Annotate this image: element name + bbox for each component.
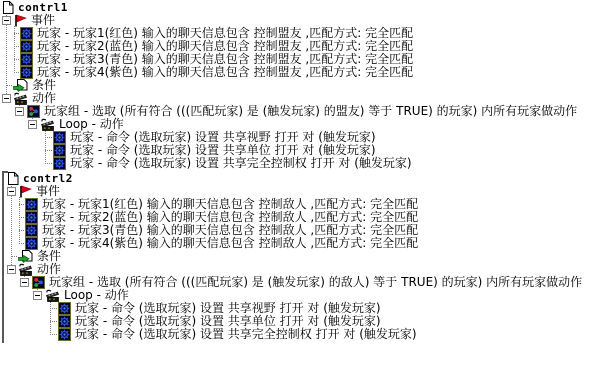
command-gear-icon — [53, 157, 66, 170]
tree-line — [45, 137, 52, 138]
actions-clapper-icon — [18, 263, 33, 276]
loop-clapper-icon — [40, 118, 55, 131]
tree-line — [50, 321, 57, 322]
trigger-page-icon — [7, 172, 19, 185]
tree-rail — [2, 171, 4, 343]
tree-line — [19, 243, 24, 244]
player-group-icon — [32, 276, 45, 289]
tree-line — [19, 230, 24, 231]
tree-line — [14, 46, 19, 47]
tree-line — [19, 204, 24, 205]
event-gear-icon — [20, 27, 33, 40]
tree-line — [50, 308, 57, 309]
events-flag-icon — [13, 14, 27, 27]
command-action-row[interactable]: 玩家 - 命令 (选取玩家) 设置 共享完全控制权 打开 对 (触发玩家) — [53, 157, 412, 170]
collapse-box-actions-1[interactable] — [2, 94, 11, 103]
command-gear-icon — [58, 328, 71, 341]
collapse-box-events-1[interactable] — [2, 16, 11, 25]
tree-line — [19, 217, 24, 218]
trigger-editor-canvas: contrl1 事件 玩家 - 玩家1(红色) 输入的聊天信息包含 控制盟友 ,… — [0, 0, 600, 375]
events-flag-icon — [18, 185, 32, 198]
tree-line — [45, 150, 52, 151]
command-text[interactable]: 玩家 - 命令 (选取玩家) 设置 共享完全控制权 打开 对 (触发玩家) — [70, 157, 412, 170]
event-gear-icon — [20, 53, 33, 66]
event-gear-icon — [20, 40, 33, 53]
tree-line — [50, 334, 57, 335]
collapse-box-loop-1[interactable] — [28, 120, 37, 129]
event-gear-icon — [25, 224, 38, 237]
conditions-page-arrow-icon — [18, 250, 33, 263]
player-group-icon — [27, 105, 40, 118]
tree-line — [14, 59, 19, 60]
command-gear-icon — [53, 144, 66, 157]
command-text[interactable]: 玩家 - 命令 (选取玩家) 设置 共享完全控制权 打开 对 (触发玩家) — [75, 328, 417, 341]
collapse-box-pick-1[interactable] — [15, 107, 24, 116]
tree-line — [14, 33, 19, 34]
event-gear-icon — [25, 198, 38, 211]
tree-line — [6, 85, 12, 86]
command-gear-icon — [53, 131, 66, 144]
command-gear-icon — [58, 302, 71, 315]
collapse-box-pick-2[interactable] — [20, 278, 29, 287]
tree-line — [45, 130, 46, 164]
tree-line — [14, 72, 19, 73]
event-text[interactable]: 玩家 - 玩家4(紫色) 输入的聊天信息包含 控制盟友 ,匹配方式: 完全匹配 — [37, 66, 413, 79]
tree-line — [50, 301, 51, 335]
tree-line — [11, 256, 17, 257]
event-row[interactable]: 玩家 - 玩家4(紫色) 输入的聊天信息包含 控制盟友 ,匹配方式: 完全匹配 — [20, 66, 413, 79]
event-text[interactable]: 玩家 - 玩家4(紫色) 输入的聊天信息包含 控制敌人 ,匹配方式: 完全匹配 — [42, 237, 418, 250]
collapse-box-events-2[interactable] — [7, 187, 16, 196]
trigger-page-icon — [2, 1, 14, 14]
collapse-box-actions-2[interactable] — [7, 265, 16, 274]
collapse-box-loop-2[interactable] — [33, 291, 42, 300]
event-row[interactable]: 玩家 - 玩家4(紫色) 输入的聊天信息包含 控制敌人 ,匹配方式: 完全匹配 — [25, 237, 418, 250]
conditions-page-arrow-icon — [13, 79, 28, 92]
loop-clapper-icon — [45, 289, 60, 302]
event-gear-icon — [25, 211, 38, 224]
command-action-row[interactable]: 玩家 - 命令 (选取玩家) 设置 共享完全控制权 打开 对 (触发玩家) — [58, 328, 417, 341]
tree-line — [45, 163, 52, 164]
command-gear-icon — [58, 315, 71, 328]
actions-clapper-icon — [13, 92, 28, 105]
